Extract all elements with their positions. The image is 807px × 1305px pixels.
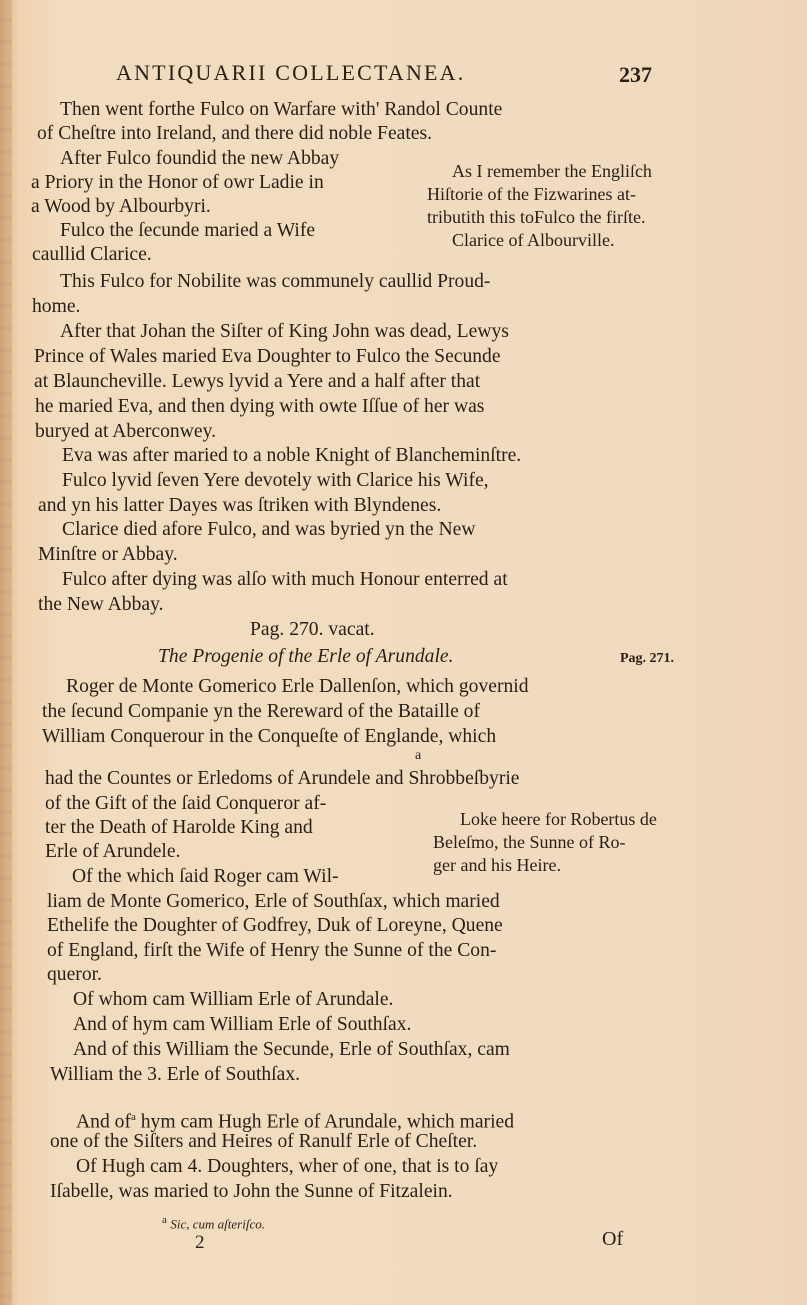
text-line: Fulco after dying was alſo with much Hon… (62, 568, 508, 592)
text-line: caullid Clarice. (32, 243, 152, 267)
section-title: The Progenie of the Erle of Arundale. (158, 645, 454, 669)
text-line: at Blauncheville. Lewys lyvid a Yere and… (34, 370, 480, 394)
text-line: After that Johan the Siſter of King John… (60, 320, 509, 344)
text-line: Fulco the ſecunde maried a Wife (60, 219, 315, 243)
text-line: of England, firſt the Wife of Henry the … (47, 939, 496, 963)
text-line: he maried Eva, and then dying with owte … (35, 395, 484, 419)
text-line: a Priory in the Honor of owr Ladie in (31, 171, 324, 195)
text-line: Ethelife the Doughter of Godfrey, Duk of… (47, 914, 503, 938)
margin-note-line: Hiſtorie of the Fizwarines at- (427, 183, 636, 205)
text-line: After Fulco foundid the new Abbay (60, 147, 339, 171)
text-line: Minſtre or Abbay. (38, 543, 178, 567)
text-line: Of the which ſaid Roger cam Wil- (72, 865, 339, 889)
text-line: Of Hugh cam 4. Doughters, wher of one, t… (76, 1155, 498, 1179)
text-line: William Conquerour in the Conqueſte of E… (42, 725, 496, 749)
book-page: ANTIQUARII COLLECTANEA. 237 Then went fo… (0, 0, 807, 1305)
text-line: Prince of Wales maried Eva Doughter to F… (34, 345, 501, 369)
text-line: William the 3. Erle of Southſax. (50, 1063, 300, 1087)
margin-note-line: ger and his Heire. (433, 854, 561, 876)
text-line: one of the Siſters and Heires of Ranulf … (50, 1130, 477, 1154)
text-line: home. (32, 295, 80, 319)
text-line: and yn his latter Dayes was ſtriken with… (38, 494, 441, 518)
margin-page-ref: Pag. 271. (620, 647, 674, 671)
text-line: had the Countes or Erledoms of Arundele … (45, 767, 520, 791)
text-line: queror. (47, 963, 102, 987)
text-line: liam de Monte Gomerico, Erle of Southſax… (47, 890, 500, 914)
margin-note-line: Clarice of Albourville. (452, 229, 614, 251)
text-line: Clarice died afore Fulco, and was byried… (62, 518, 476, 542)
footnote-text: Sic, cum aſteriſco. (170, 1217, 265, 1232)
page-header: ANTIQUARII COLLECTANEA. 237 (116, 60, 652, 92)
text-line: Then went forthe Fulco on Warfare with' … (60, 98, 502, 122)
text-line: of Cheſtre into Ireland, and there did n… (37, 122, 432, 146)
text-line: the ſecund Companie yn the Rereward of t… (42, 700, 480, 724)
signature-number: 2 (195, 1232, 205, 1254)
page-vacat-note: Pag. 270. vacat. (250, 618, 375, 642)
page-gutter (0, 0, 12, 1305)
footnote-mark: a (162, 1214, 167, 1226)
text-line: of the Gift of the ſaid Conqueror af- (45, 792, 326, 816)
text-line: ter the Death of Harolde King and (45, 816, 313, 840)
text-line: the New Abbay. (38, 593, 164, 617)
text-line: a Wood by Albourbyri. (31, 195, 211, 219)
margin-note-line: Beleſmo, the Sunne of Ro- (433, 831, 625, 853)
text-line: Of whom cam William Erle of Arundale. (73, 988, 393, 1012)
text-line: Erle of Arundele. (45, 840, 180, 864)
margin-note-line: tributith this toFulco the firſte. (427, 206, 645, 228)
text-line: Fulco lyvid ſeven Yere devotely with Cla… (62, 469, 489, 493)
margin-note-line: As I remember the Engliſch (452, 160, 652, 182)
signature-mark: a (415, 748, 421, 764)
page-number: 237 (619, 62, 652, 88)
text-line: And of this William the Secunde, Erle of… (73, 1038, 510, 1062)
text-line: buryed at Aberconwey. (35, 420, 216, 444)
text-line: This Fulco for Nobilite was communely ca… (60, 270, 490, 294)
text-line: And of hym cam William Erle of Southſax. (73, 1013, 411, 1037)
text-line: Roger de Monte Gomerico Erle Dallenſon, … (66, 675, 529, 699)
catchword: Of (602, 1228, 623, 1251)
running-title: ANTIQUARII COLLECTANEA. (116, 60, 465, 86)
footnote: a Sic, cum aſteriſco. (162, 1208, 265, 1238)
margin-note-line: Loke heere for Robertus de (460, 808, 657, 830)
text-line: Eva was after maried to a noble Knight o… (62, 444, 521, 468)
text-line: Iſabelle, was maried to John the Sunne o… (50, 1180, 453, 1204)
